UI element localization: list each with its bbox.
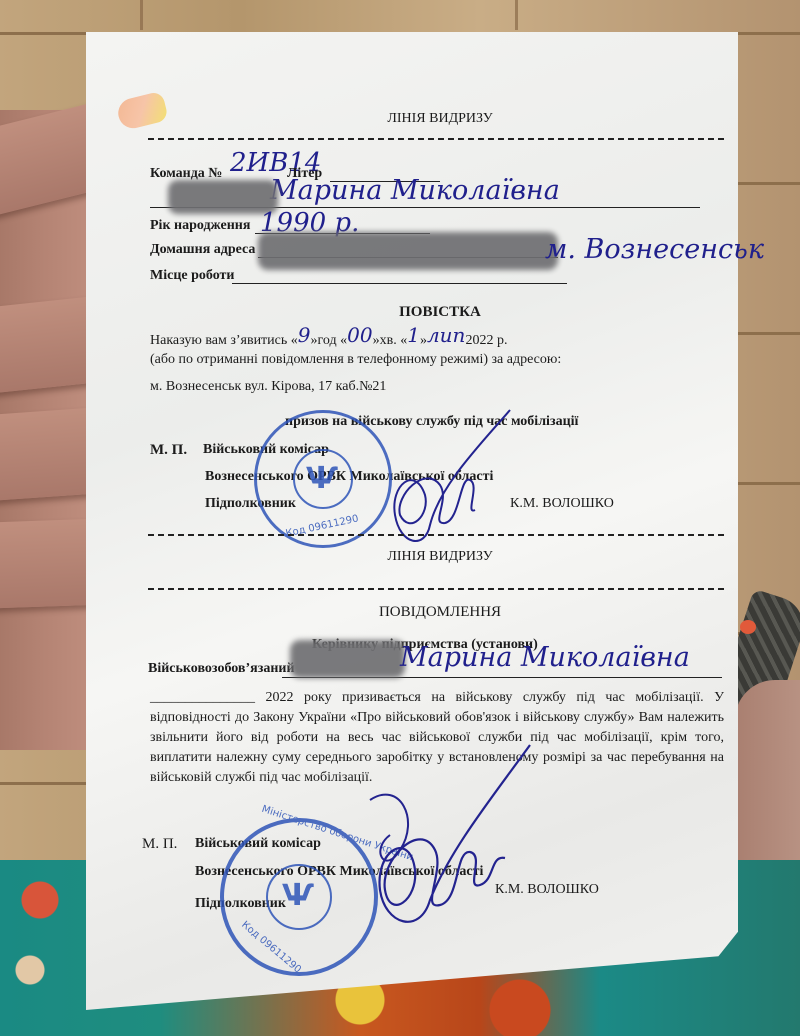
notice-title: ПОВІДОМЛЕННЯ — [330, 604, 550, 621]
phone-notice-line: (або по отриманні повідомлення в телефон… — [150, 352, 561, 368]
stamp-place-label: М. П. — [150, 442, 187, 459]
month-value: лип — [427, 323, 466, 347]
summons-document: ЛІНІЯ ВИДРИЗУ Команда № 2ИВ14 Літер Мари… — [0, 0, 800, 1036]
redacted-address — [258, 232, 558, 270]
trident-icon: Ѱ — [305, 461, 339, 496]
home-address-value: м. Вознесенськ — [545, 234, 764, 265]
day-value: 1 — [407, 323, 420, 347]
cut-line-label: ЛІНІЯ ВИДРИЗУ — [330, 549, 550, 565]
minute-suffix: »хв. « — [373, 333, 408, 348]
cut-line-label: ЛІНІЯ ВИДРИЗУ — [330, 111, 550, 127]
trident-icon: Ѱ — [280, 878, 316, 913]
signer-name: К.М. ВОЛОШКО — [510, 496, 614, 512]
redacted-surname — [290, 640, 405, 678]
hour-value: 9 — [298, 323, 311, 347]
workplace-underline — [232, 283, 567, 284]
signature — [340, 740, 540, 940]
stamp-place-label: М. П. — [142, 836, 177, 853]
hour-suffix: »год « — [311, 333, 348, 348]
year-suffix: 2022 р. — [465, 333, 507, 348]
home-address-label: Домашня адреса — [150, 242, 255, 258]
cut-line — [148, 138, 724, 140]
signature — [370, 405, 520, 555]
birth-year-label: Рік народження — [150, 218, 250, 234]
full-name-value: Марина Миколаївна — [270, 175, 560, 206]
report-address: м. Вознесенськ вул. Кірова, 17 каб.№21 — [150, 379, 386, 395]
month-sep: » — [420, 333, 427, 348]
person-value: Марина Миколаївна — [400, 642, 690, 673]
minute-value: 00 — [347, 323, 372, 347]
workplace-label: Місце роботи — [150, 268, 234, 284]
person-label: Військовозобов’язаний — [148, 661, 295, 677]
order-line: Наказую вам з’явитись «9»год «00»хв. «1»… — [150, 325, 507, 349]
order-prefix: Наказую вам з’явитись « — [150, 333, 298, 348]
cut-line — [148, 588, 724, 590]
summons-title: ПОВІСТКА — [340, 304, 540, 321]
cut-line — [148, 534, 724, 536]
